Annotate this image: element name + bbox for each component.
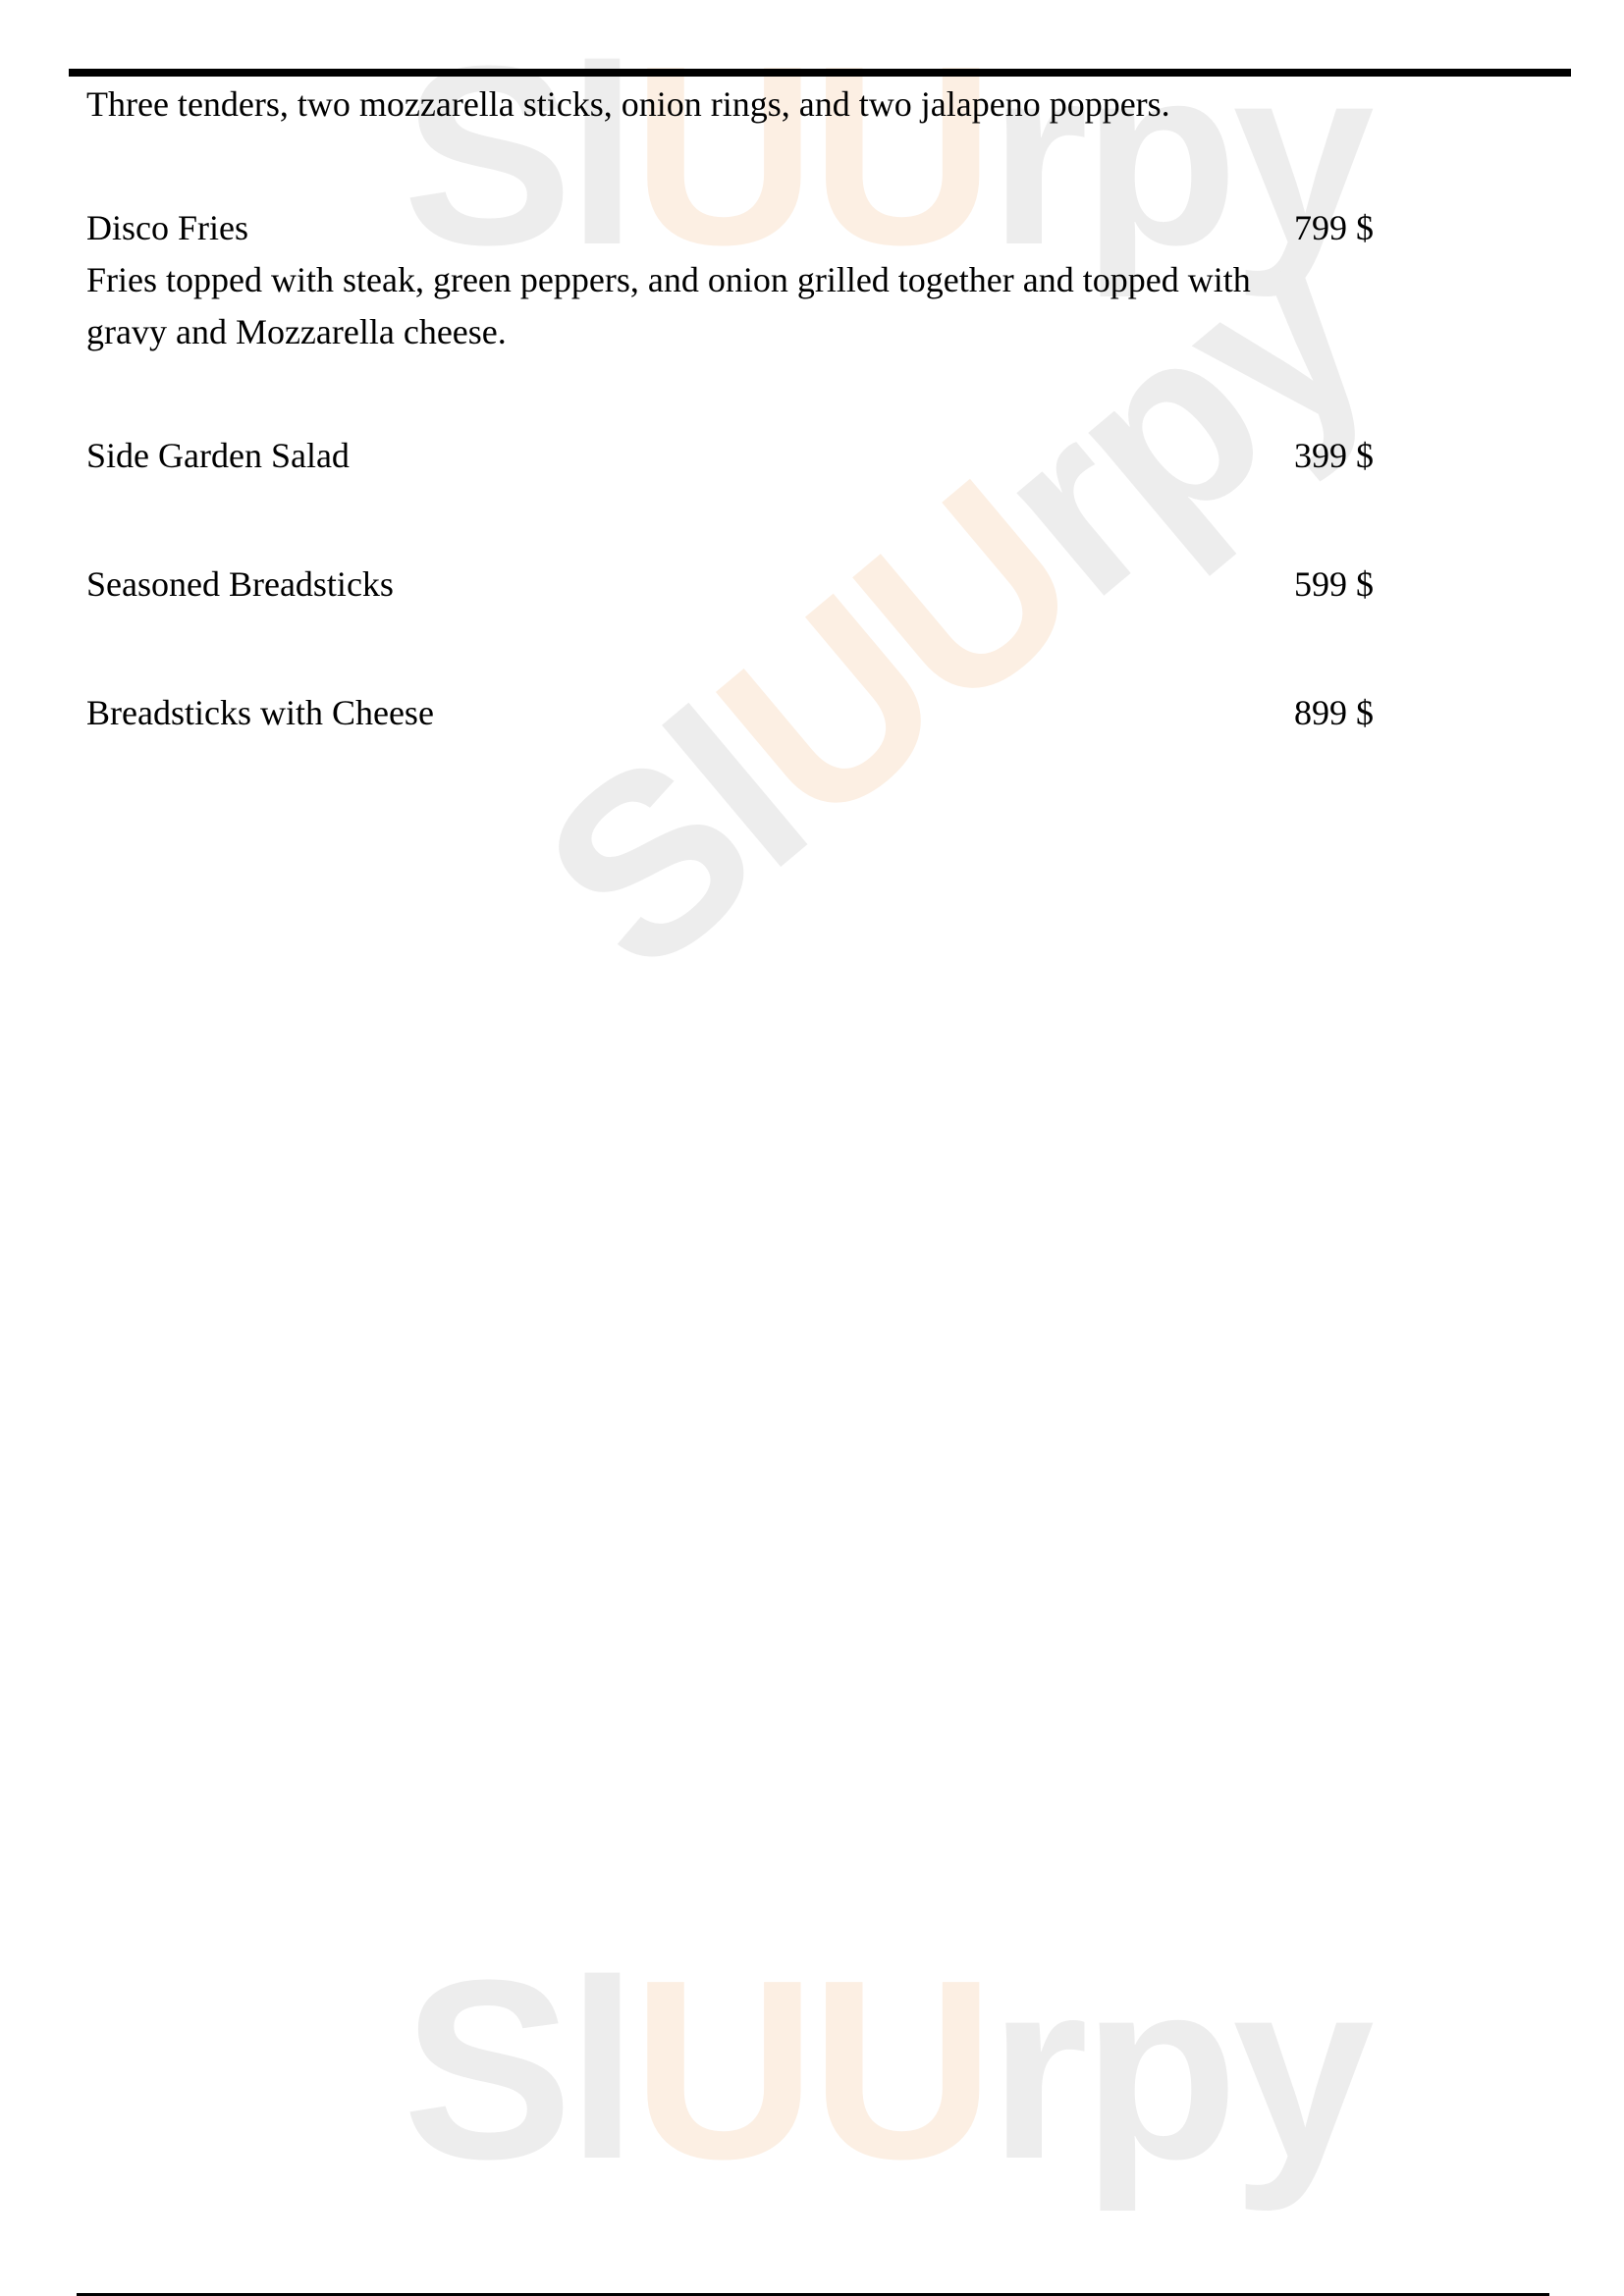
menu-list: Three tenders, two mozzarella sticks, on…	[86, 79, 1412, 739]
item-price: 399 $	[1294, 430, 1374, 482]
item-name: Disco Fries	[86, 202, 1245, 254]
item-price: 899 $	[1294, 687, 1374, 739]
menu-item: Seasoned Breadsticks 599 $	[86, 559, 1412, 611]
top-divider	[69, 69, 1571, 77]
menu-item: Three tenders, two mozzarella sticks, on…	[86, 79, 1412, 131]
item-name: Seasoned Breadsticks	[86, 559, 1245, 611]
item-description: Three tenders, two mozzarella sticks, on…	[86, 79, 1265, 131]
item-price: 799 $	[1294, 202, 1374, 254]
item-name: Side Garden Salad	[86, 430, 1245, 482]
menu-item: Breadsticks with Cheese 899 $	[86, 687, 1412, 739]
watermark-logo: SlUUrpy	[403, 1924, 1369, 2217]
menu-item: Disco Fries Fries topped with steak, gre…	[86, 202, 1412, 358]
item-name: Breadsticks with Cheese	[86, 687, 1245, 739]
item-description: Fries topped with steak, green peppers, …	[86, 254, 1265, 358]
item-price: 599 $	[1294, 559, 1374, 611]
menu-item: Side Garden Salad 399 $	[86, 430, 1412, 482]
